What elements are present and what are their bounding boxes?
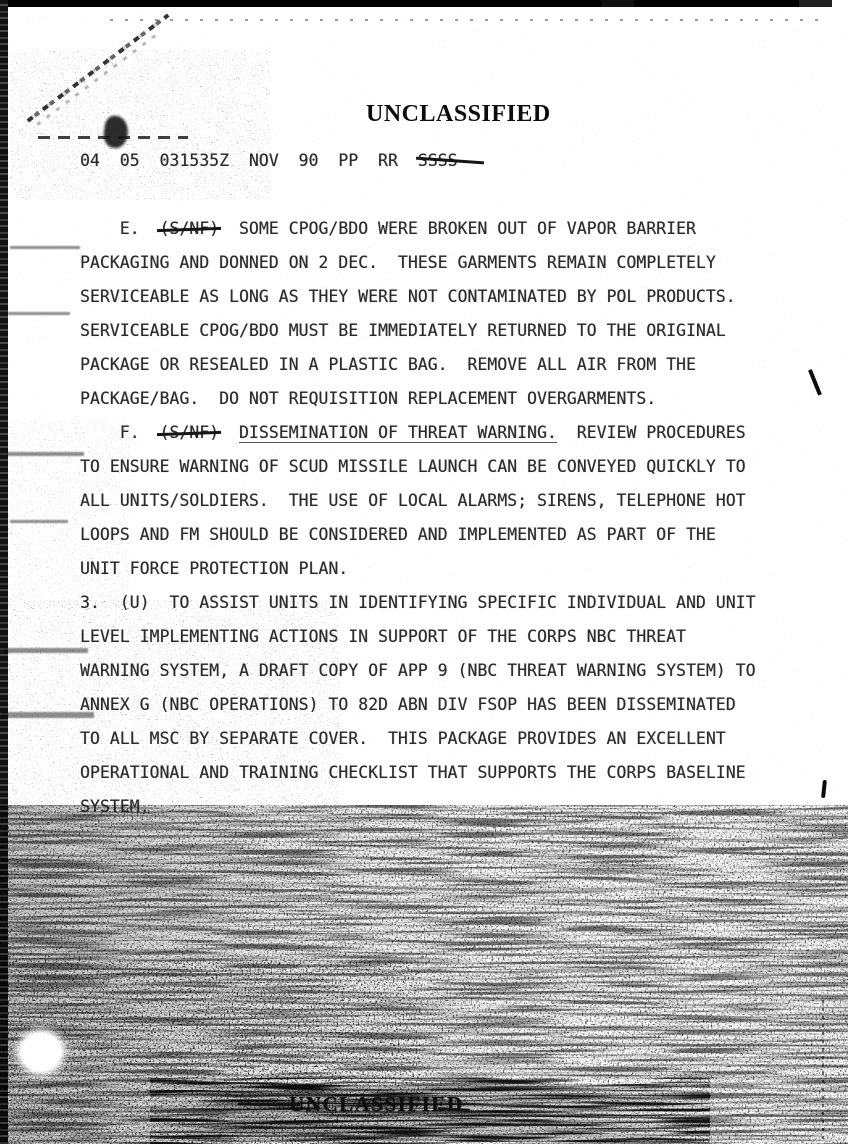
document-line: TO ENSURE WARNING OF SCUD MISSILE LAUNCH…	[80, 450, 820, 484]
document-line: 3. (U) TO ASSIST UNITS IN IDENTIFYING SP…	[80, 586, 820, 620]
document-line: F. (S/NF) DISSEMINATION OF THREAT WARNIN…	[80, 416, 820, 450]
message-header-text: 04 05 031535Z NOV 90 PP RR	[80, 151, 418, 170]
document-line: SERVICEABLE AS LONG AS THEY WERE NOT CON…	[80, 280, 820, 314]
document-line: SERVICEABLE CPOG/BDO MUST BE IMMEDIATELY…	[80, 314, 820, 348]
right-margin-dotted-line	[822, 1000, 824, 1144]
margin-smudge	[6, 452, 84, 456]
margin-smudge	[8, 312, 70, 315]
struck-classification-marking: (S/NF)	[159, 212, 219, 246]
margin-smudge	[4, 648, 88, 653]
fold-crease-line	[36, 33, 158, 126]
header-classification-banner: UNCLASSIFIED	[366, 101, 551, 128]
document-line: WARNING SYSTEM, A DRAFT COPY OF APP 9 (N…	[80, 654, 820, 688]
blank-line	[80, 178, 820, 212]
footer-classification-banner: UNCLASSIFIED	[289, 1092, 463, 1117]
hole-punch	[22, 1034, 60, 1070]
fold-crease-line	[27, 13, 170, 122]
document-line: PACKAGE/BAG. DO NOT REQUISITION REPLACEM…	[80, 382, 820, 416]
margin-smudge	[10, 246, 80, 249]
struck-routing-code: SSSS	[418, 144, 458, 178]
left-binding-edge	[0, 0, 8, 1144]
document-line: SYSTEM.	[80, 790, 820, 824]
dashed-pen-line	[38, 136, 188, 139]
margin-smudge	[10, 520, 68, 523]
underlined-heading: DISSEMINATION OF THREAT WARNING.	[239, 423, 557, 443]
message-header-line: 04 05 031535Z NOV 90 PP RR SSSS	[80, 144, 820, 178]
struck-classification-marking: (S/NF)	[159, 416, 219, 450]
document-line: PACKAGE OR RESEALED IN A PLASTIC BAG. RE…	[80, 348, 820, 382]
document-line: OPERATIONAL AND TRAINING CHECKLIST THAT …	[80, 756, 820, 790]
document-line: LOOPS AND FM SHOULD BE CONSIDERED AND IM…	[80, 518, 820, 552]
scanned-document-page: UNCLASSIFIED 04 05 031535Z NOV 90 PP RR …	[0, 0, 848, 1144]
document-line: TO ALL MSC BY SEPARATE COVER. THIS PACKA…	[80, 722, 820, 756]
document-body: 04 05 031535Z NOV 90 PP RR SSSS E. (S/NF…	[80, 144, 820, 824]
document-line: UNIT FORCE PROTECTION PLAN.	[80, 552, 820, 586]
document-line: ALL UNITS/SOLDIERS. THE USE OF LOCAL ALA…	[80, 484, 820, 518]
document-line: ANNEX G (NBC OPERATIONS) TO 82D ABN DIV …	[80, 688, 820, 722]
top-scan-edge	[8, 0, 832, 7]
document-line: PACKAGING AND DONNED ON 2 DEC. THESE GAR…	[80, 246, 820, 280]
document-line: LEVEL IMPLEMENTING ACTIONS IN SUPPORT OF…	[80, 620, 820, 654]
dotted-scan-line	[110, 19, 822, 21]
margin-tick-mark	[821, 780, 827, 798]
document-line: E. (S/NF) SOME CPOG/BDO WERE BROKEN OUT …	[80, 212, 820, 246]
